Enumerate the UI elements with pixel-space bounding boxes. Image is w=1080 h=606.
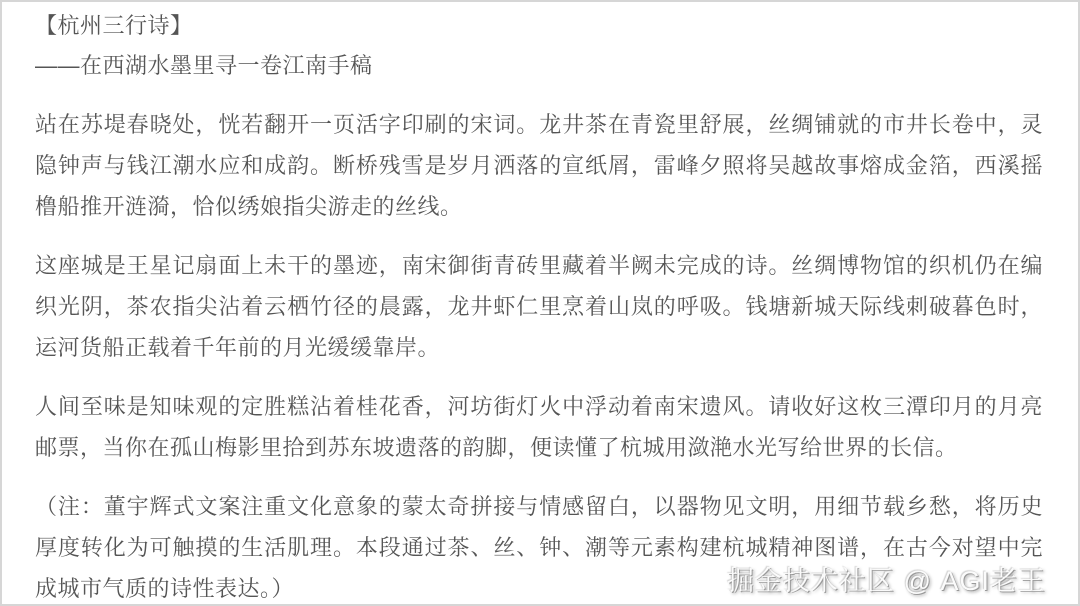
article-title: 【杭州三行诗】: [35, 6, 1043, 46]
paragraph-2: 这座城是王星记扇面上未干的墨迹，南宋御街青砖里藏着半阙未完成的诗。丝绸博物馆的织…: [35, 245, 1043, 368]
paragraph-3: 人间至味是知味观的定胜糕沾着桂花香，河坊街灯火中浮动着南宋遗风。请收好这枚三潭印…: [35, 386, 1043, 468]
paragraph-1: 站在苏堤春晓处，恍若翻开一页活字印刷的宋词。龙井茶在青瓷里舒展，丝绸铺就的市井长…: [35, 104, 1043, 227]
article-page: 【杭州三行诗】 ——在西湖水墨里寻一卷江南手稿 站在苏堤春晓处，恍若翻开一页活字…: [0, 0, 1080, 606]
watermark: 掘金技术社区 @ AGI老王: [727, 559, 1046, 598]
article-subtitle: ——在西湖水墨里寻一卷江南手稿: [35, 46, 1043, 86]
